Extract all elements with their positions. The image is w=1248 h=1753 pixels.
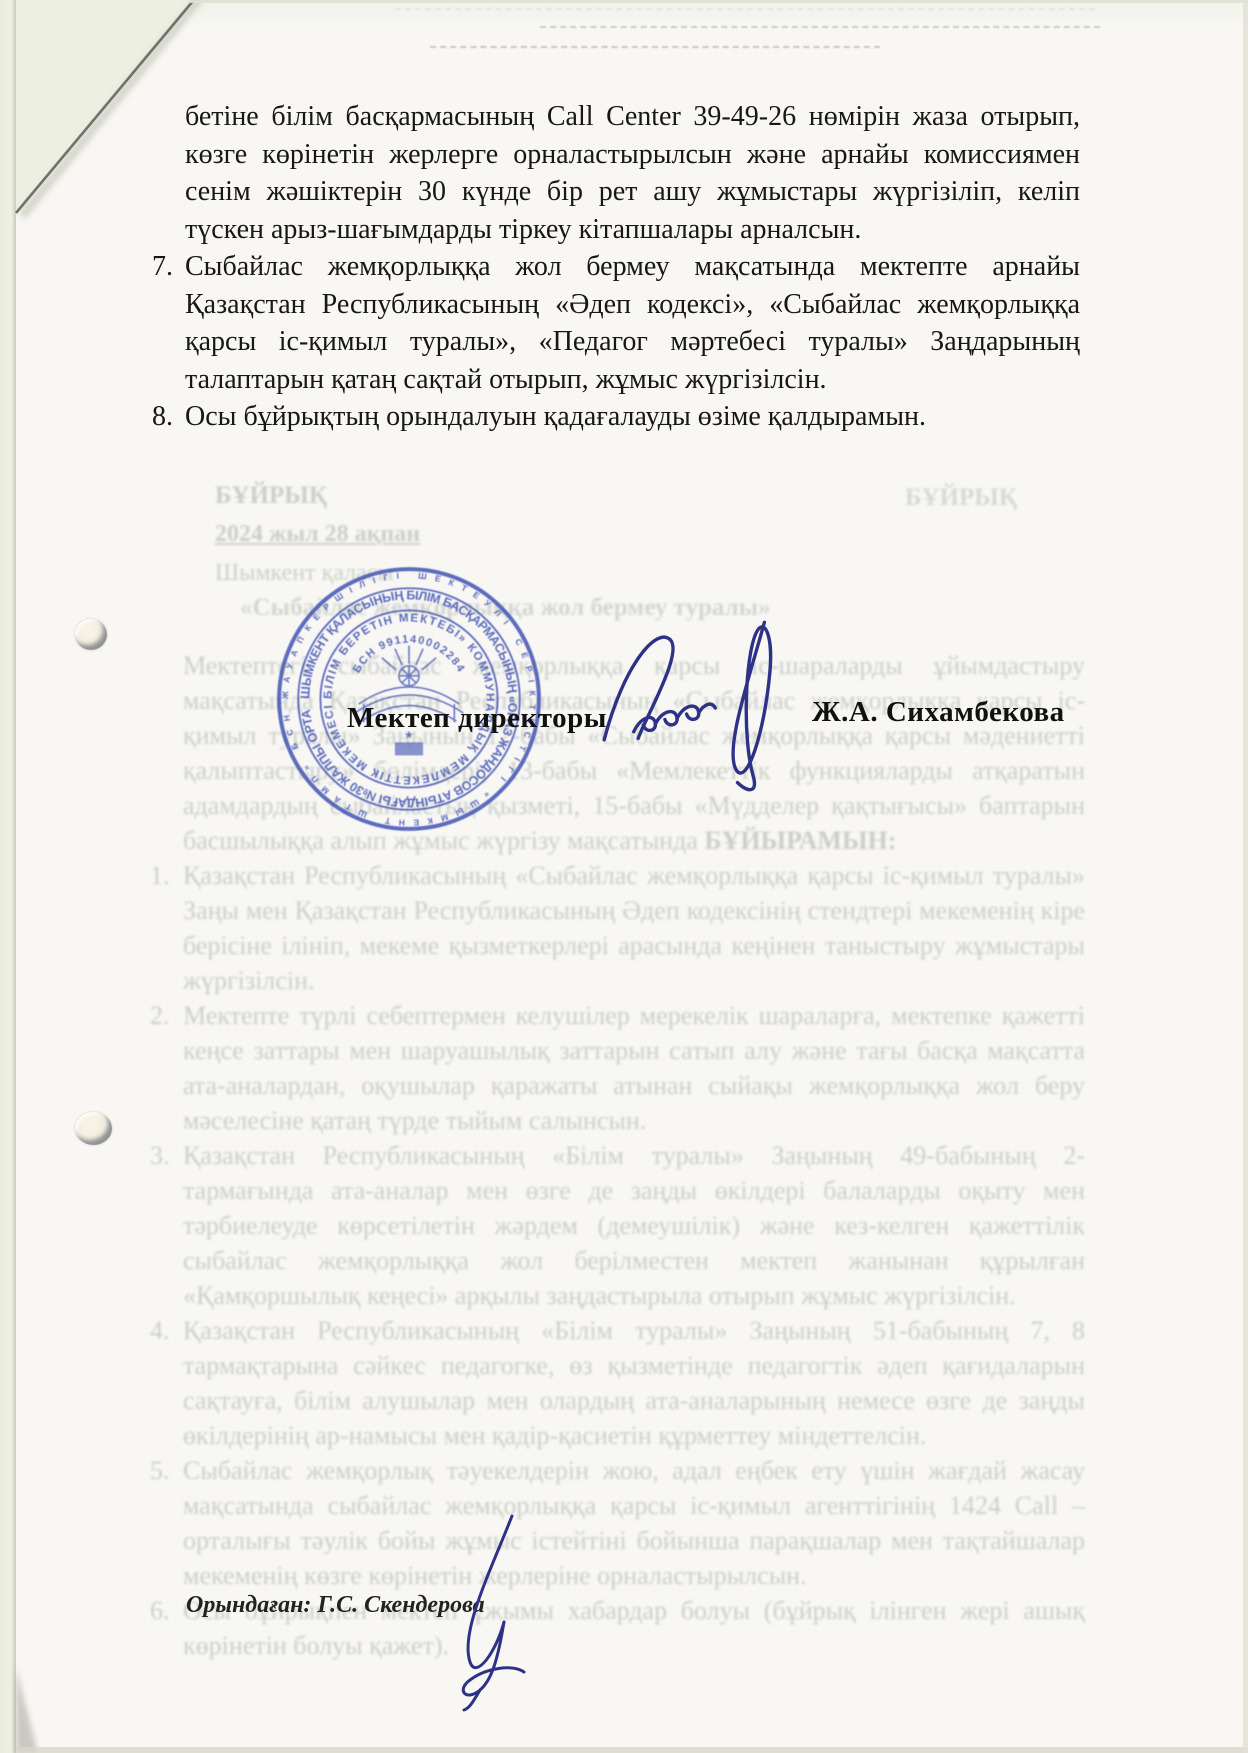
seal-coat-of-arms: ★ — [355, 646, 464, 756]
bleed-dashed-line — [430, 46, 880, 48]
bleed-item-number: 3. — [150, 1138, 170, 1173]
bleed-list-item: 3.Қазақстан Республикасының «Білім турал… — [150, 1138, 1085, 1313]
director-role-label: Мектеп директоры — [347, 702, 607, 735]
bleed-order-date: 2024 жыл 28 ақпан — [215, 515, 420, 554]
bleed-list-item: 1.Қазақстан Республикасының «Сыбайлас же… — [150, 858, 1085, 998]
seal-ring-tiny-text: ЖАУАПКЕРШІЛІГІ ШЕКТЕУЛІ СЕРІКТЕСТІГІ «ШЫ… — [280, 570, 538, 828]
scanner-bed-left-strip — [0, 0, 16, 1753]
scanned-order-page: { "document": { "body_continuation": "бе… — [0, 0, 1248, 1753]
order-item-8: 8. Осы бұйрықтың орындалуын қадағалауды … — [152, 398, 1080, 436]
official-seal-stamp: ЖАУАПКЕРШІЛІГІ ШЕКТЕУЛІ СЕРІКТЕСТІГІ «ШЫ… — [263, 553, 555, 845]
bleed-order-title: БҰЙРЫҚ — [215, 476, 420, 515]
bleed-item-text: Сыбайлас жемқорлық тәуекелдерін жою, ада… — [183, 1456, 1085, 1590]
punch-hole — [75, 619, 107, 650]
punch-hole — [75, 1112, 112, 1145]
director-name: Ж.А. Сихамбекова — [812, 696, 1065, 729]
bleed-list-item: 2.Мектепте түрлі себептермен келушілер м… — [150, 998, 1085, 1138]
page-top-edge-shade — [190, 0, 1248, 30]
bleed-order-title-right: БҰЙРЫҚ — [905, 478, 1017, 518]
bleed-item-text: Қазақстан Республикасының «Білім туралы»… — [183, 1316, 1085, 1450]
bleed-order-header-right: БҰЙРЫҚ — [905, 478, 1017, 518]
director-signature-ink — [586, 604, 843, 806]
paragraph-continuation: бетіне білім басқармасының Call Center 3… — [185, 98, 1080, 248]
item-text: Осы бұйрықтың орындалуын қадағалауды өзі… — [185, 401, 926, 432]
order-body-text: бетіне білім басқармасының Call Center 3… — [152, 98, 1080, 436]
bleed-item-number: 6. — [150, 1593, 170, 1628]
bleed-item-number: 5. — [150, 1453, 170, 1488]
bleed-item-text: Қазақстан Республикасының «Сыбайлас жемқ… — [183, 861, 1085, 995]
item-number: 7. — [152, 248, 173, 286]
bleed-item-number: 1. — [150, 858, 170, 893]
bleed-item-text: Қазақстан Республикасының «Білім туралы»… — [183, 1141, 1085, 1310]
bleed-list-item: 4.Қазақстан Республикасының «Білім турал… — [150, 1313, 1085, 1453]
item-text: Сыбайлас жемқорлыққа жол бермеу мақсатын… — [185, 251, 1080, 395]
bleed-item-text: Мектепте түрлі себептермен келушілер мер… — [183, 1001, 1085, 1135]
bleed-resolve-word: БҰЙЫРАМЫН: — [704, 826, 896, 855]
order-item-7: 7. Сыбайлас жемқорлыққа жол бермеу мақса… — [152, 248, 1080, 398]
bleed-item-number: 4. — [150, 1313, 170, 1348]
executor-signature-ink — [412, 1512, 542, 1712]
item-number: 8. — [152, 398, 173, 436]
bleed-list-item: 5.Сыбайлас жемқорлық тәуекелдерін жою, а… — [150, 1453, 1085, 1593]
bleed-item-number: 2. — [150, 998, 170, 1033]
